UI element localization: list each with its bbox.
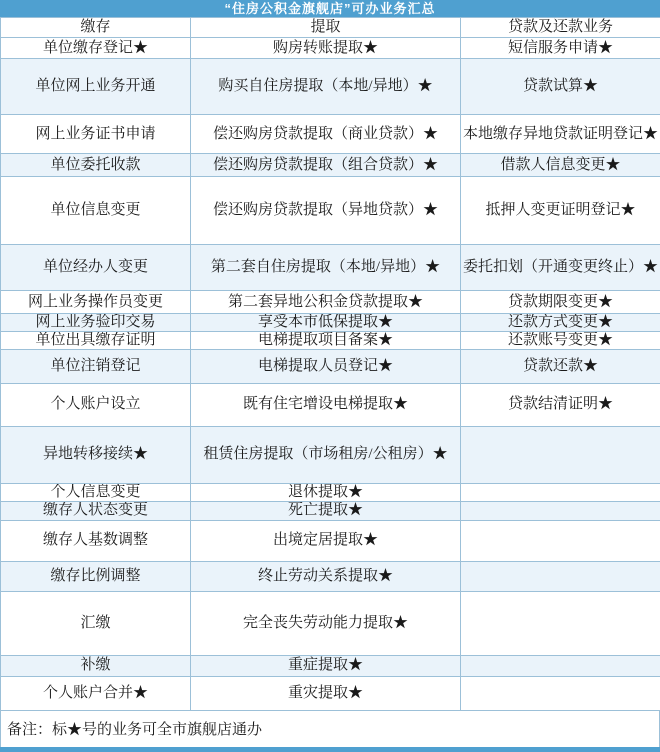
- table-row: 个人账户合并★重灾提取★: [1, 676, 660, 710]
- header-row: 缴存 提取 贷款及还款业务: [1, 18, 660, 38]
- table-row: 网上业务验印交易享受本市低保提取★还款方式变更★: [1, 314, 660, 332]
- column-header-withdrawal: 提取: [191, 18, 461, 38]
- bottom-strip: [0, 747, 660, 752]
- table-cell: 偿还购房贷款提取（异地贷款）★: [191, 177, 461, 245]
- column-header-loan-repayment: 贷款及还款业务: [461, 18, 660, 38]
- table-cell: 享受本市低保提取★: [191, 314, 461, 332]
- table-cell: 第二套自住房提取（本地/异地）★: [191, 245, 461, 291]
- table-cell: 单位注销登记: [1, 349, 191, 383]
- table-cell: 缴存人状态变更: [1, 501, 191, 520]
- table-cell: 网上业务证书申请: [1, 115, 191, 154]
- table-cell: 单位出具缴存证明: [1, 331, 191, 349]
- table-row: 补缴重症提取★: [1, 655, 660, 676]
- page-title: “住房公积金旗舰店”可办业务汇总: [0, 0, 660, 17]
- table-cell: 单位网上业务开通: [1, 59, 191, 115]
- table-cell: 第二套异地公积金贷款提取★: [191, 291, 461, 314]
- table-cell: 网上业务操作员变更: [1, 291, 191, 314]
- table-row: 异地转移接续★租赁住房提取（市场租房/公租房）★: [1, 426, 660, 483]
- table-cell: 租赁住房提取（市场租房/公租房）★: [191, 426, 461, 483]
- table-row: 网上业务证书申请偿还购房贷款提取（商业贷款）★本地缴存异地贷款证明登记★: [1, 115, 660, 154]
- table-cell: 单位信息变更: [1, 177, 191, 245]
- table-cell: 电梯提取项目备案★: [191, 331, 461, 349]
- table-cell: [461, 676, 660, 710]
- table-cell: [461, 520, 660, 561]
- table-cell: 还款方式变更★: [461, 314, 660, 332]
- table-cell: [461, 655, 660, 676]
- table-cell: 借款人信息变更★: [461, 154, 660, 177]
- table-cell: [461, 591, 660, 655]
- table-row: 个人信息变更退休提取★: [1, 483, 660, 501]
- table-cell: 购买自住房提取（本地/异地）★: [191, 59, 461, 115]
- table-cell: 汇缴: [1, 591, 191, 655]
- table-row: 缴存比例调整终止劳动关系提取★: [1, 561, 660, 591]
- table-cell: 偿还购房贷款提取（商业贷款）★: [191, 115, 461, 154]
- table-row: 缴存人状态变更死亡提取★: [1, 501, 660, 520]
- table-cell: 出境定居提取★: [191, 520, 461, 561]
- table-cell: 贷款期限变更★: [461, 291, 660, 314]
- table-row: 单位缴存登记★购房转账提取★短信服务申请★: [1, 38, 660, 59]
- table-row: 单位信息变更偿还购房贷款提取（异地贷款）★抵押人变更证明登记★: [1, 177, 660, 245]
- table-cell: [461, 426, 660, 483]
- footnote: 备注：标★号的业务可全市旗舰店通办: [0, 711, 660, 751]
- table-cell: 还款账号变更★: [461, 331, 660, 349]
- column-header-deposit: 缴存: [1, 18, 191, 38]
- table-cell: 个人信息变更: [1, 483, 191, 501]
- table-cell: [461, 561, 660, 591]
- table-cell: 终止劳动关系提取★: [191, 561, 461, 591]
- table-cell: 贷款还款★: [461, 349, 660, 383]
- table-cell: 既有住宅增设电梯提取★: [191, 383, 461, 426]
- table-row: 单位网上业务开通购买自住房提取（本地/异地）★贷款试算★: [1, 59, 660, 115]
- table-cell: 抵押人变更证明登记★: [461, 177, 660, 245]
- table-cell: 完全丧失劳动能力提取★: [191, 591, 461, 655]
- services-table: 缴存 提取 贷款及还款业务 单位缴存登记★购房转账提取★短信服务申请★单位网上业…: [0, 17, 660, 711]
- table-row: 单位注销登记电梯提取人员登记★贷款还款★: [1, 349, 660, 383]
- table-row: 缴存人基数调整出境定居提取★: [1, 520, 660, 561]
- table-cell: 缴存比例调整: [1, 561, 191, 591]
- table-cell: 个人账户合并★: [1, 676, 191, 710]
- table-cell: 电梯提取人员登记★: [191, 349, 461, 383]
- table-row: 单位出具缴存证明电梯提取项目备案★还款账号变更★: [1, 331, 660, 349]
- table-row: 网上业务操作员变更第二套异地公积金贷款提取★贷款期限变更★: [1, 291, 660, 314]
- table-cell: 委托扣划（开通变更终止）★: [461, 245, 660, 291]
- table-cell: 贷款试算★: [461, 59, 660, 115]
- table-cell: 购房转账提取★: [191, 38, 461, 59]
- table-cell: 退休提取★: [191, 483, 461, 501]
- table-cell: 短信服务申请★: [461, 38, 660, 59]
- table-cell: 死亡提取★: [191, 501, 461, 520]
- table-cell: [461, 501, 660, 520]
- table-cell: 单位缴存登记★: [1, 38, 191, 59]
- table-cell: 单位委托收款: [1, 154, 191, 177]
- table-cell: 贷款结清证明★: [461, 383, 660, 426]
- table-cell: 个人账户设立: [1, 383, 191, 426]
- table-row: 汇缴完全丧失劳动能力提取★: [1, 591, 660, 655]
- table-row: 个人账户设立既有住宅增设电梯提取★贷款结清证明★: [1, 383, 660, 426]
- table-cell: [461, 483, 660, 501]
- table-cell: 网上业务验印交易: [1, 314, 191, 332]
- table-row: 单位委托收款偿还购房贷款提取（组合贷款）★借款人信息变更★: [1, 154, 660, 177]
- table-cell: 补缴: [1, 655, 191, 676]
- flyer-page: “住房公积金旗舰店”可办业务汇总 缴存 提取 贷款及还款业务 单位缴存登记★购房…: [0, 0, 660, 752]
- table-cell: 单位经办人变更: [1, 245, 191, 291]
- table-cell: 缴存人基数调整: [1, 520, 191, 561]
- table-cell: 重灾提取★: [191, 676, 461, 710]
- table-cell: 重症提取★: [191, 655, 461, 676]
- table-cell: 本地缴存异地贷款证明登记★: [461, 115, 660, 154]
- table-cell: 偿还购房贷款提取（组合贷款）★: [191, 154, 461, 177]
- table-cell: 异地转移接续★: [1, 426, 191, 483]
- table-row: 单位经办人变更第二套自住房提取（本地/异地）★委托扣划（开通变更终止）★: [1, 245, 660, 291]
